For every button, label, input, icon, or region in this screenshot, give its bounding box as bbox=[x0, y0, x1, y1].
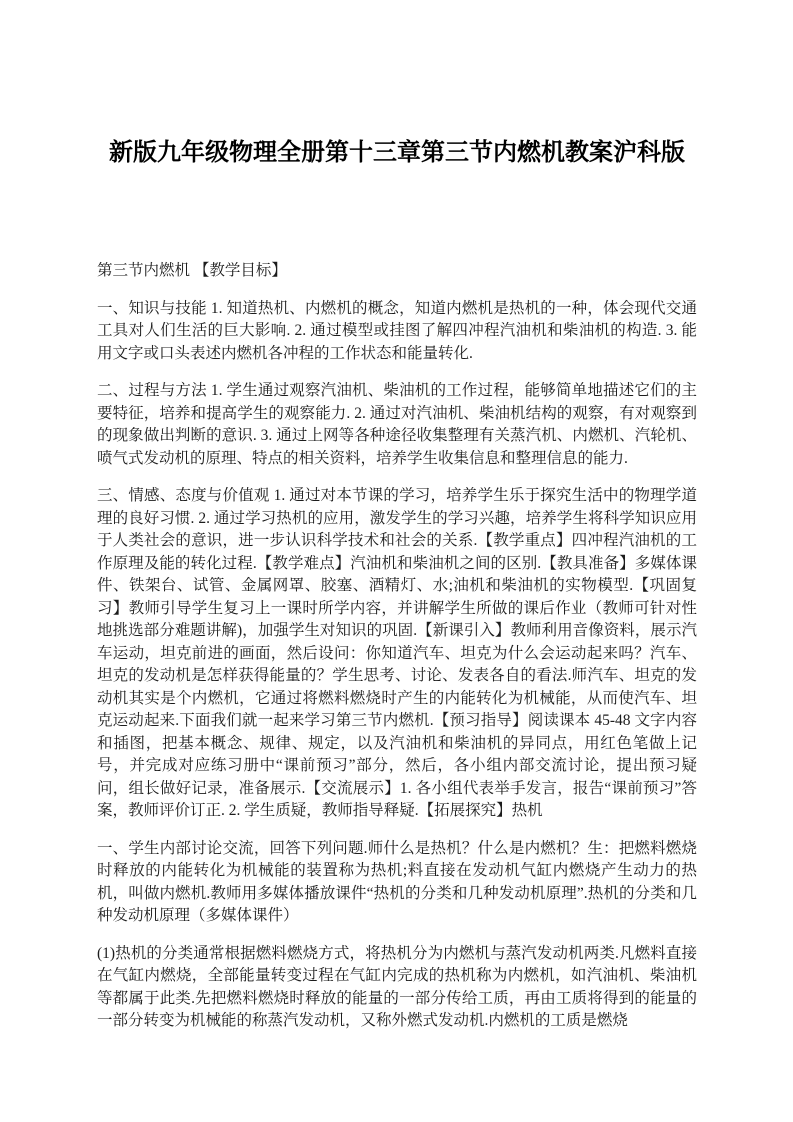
document-title: 新版九年级物理全册第十三章第三节内燃机教案沪科版 bbox=[97, 138, 697, 168]
paragraph-section-heading: 第三节内燃机 【教学目标】 bbox=[97, 260, 697, 283]
paragraph-process-methods: 二、过程与方法 1. 学生通过观察汽油机、柴油机的工作过程，能够简单地描述它们的… bbox=[97, 380, 697, 470]
paragraph-heat-engine-classification: (1)热机的分类通常根据燃料燃烧方式，将热机分为内燃机与蒸汽发动机两类.凡燃料直… bbox=[97, 943, 697, 1033]
paragraph-emotion-values-and-lesson: 三、情感、态度与价值观 1. 通过对本节课的学习，培养学生乐于探究生活中的物理学… bbox=[97, 485, 697, 823]
paragraph-knowledge-skills: 一、知识与技能 1. 知道热机、内燃机的概念，知道内燃机是热机的一种，体会现代交… bbox=[97, 298, 697, 366]
document-page: 新版九年级物理全册第十三章第三节内燃机教案沪科版 第三节内燃机 【教学目标】 一… bbox=[0, 0, 793, 1122]
paragraph-discussion: 一、学生内部讨论交流，回答下列问题.师什么是热机？什么是内燃机？生：把燃料燃烧时… bbox=[97, 838, 697, 928]
